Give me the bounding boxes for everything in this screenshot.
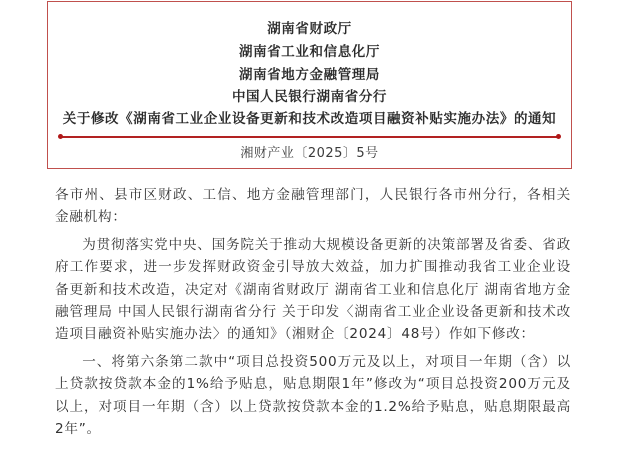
intro-paragraph: 为贯彻落实党中央、国务院关于推动大规模设备更新的决策部署及省委、省政府工作要求，…	[55, 234, 571, 346]
issuer-industry-it-dept: 湖南省工业和信息化厅	[48, 43, 571, 61]
issuer-financial-regulation-bureau: 湖南省地方金融管理局	[48, 66, 571, 84]
red-divider	[60, 136, 559, 138]
divider-dot-left-icon	[58, 134, 63, 139]
document-number: 湘财产业〔2025〕5号	[48, 145, 571, 163]
document-body: 各市州、县市区财政、工信、地方金融管理部门，人民银行各市州分行，各相关金融机构：…	[55, 184, 571, 445]
addressee-paragraph: 各市州、县市区财政、工信、地方金融管理部门，人民银行各市州分行，各相关金融机构：	[55, 184, 571, 229]
document-header: 湖南省财政厅 湖南省工业和信息化厅 湖南省地方金融管理局 中国人民银行湖南省分行…	[47, 1, 572, 169]
divider-dot-right-icon	[556, 134, 561, 139]
document-title: 关于修改《湖南省工业企业设备更新和技术改造项目融资补贴实施办法》的通知	[48, 110, 571, 128]
issuer-pboc-branch: 中国人民银行湖南省分行	[48, 88, 571, 106]
amendment-item-1: 一、将第六条第二款中“项目总投资500万元及以上，对项目一年期（含）以上贷款按贷…	[55, 351, 571, 441]
issuer-finance-dept: 湖南省财政厅	[48, 20, 571, 38]
